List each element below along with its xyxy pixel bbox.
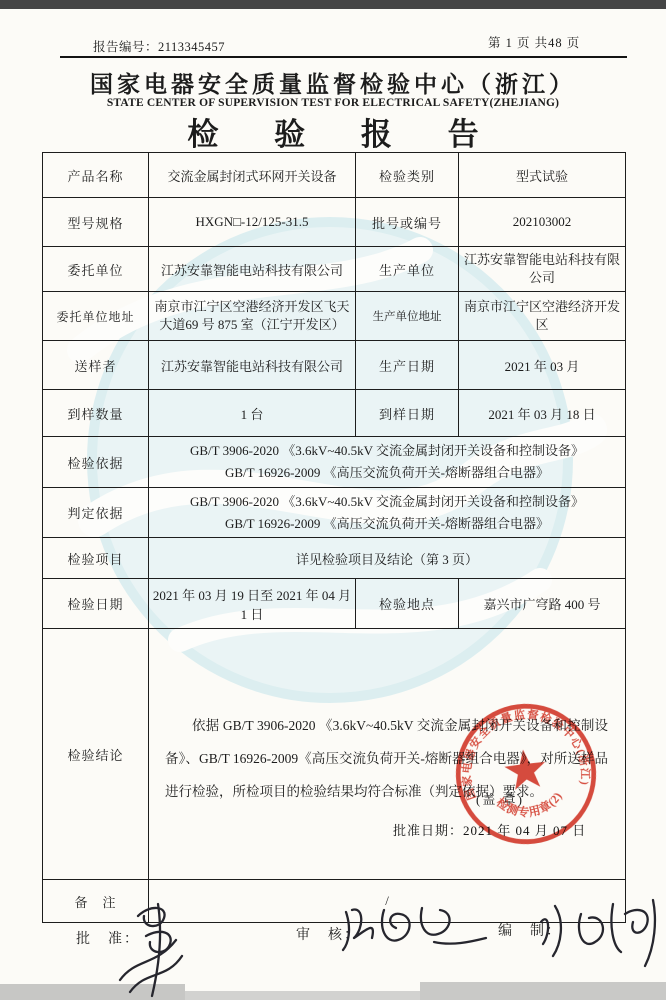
model-value: HXGN□-12/125-31.5 [149, 198, 356, 247]
compiler-signature [533, 892, 665, 972]
center-name-cn: 国家电器安全质量监督检验中心（浙江） [0, 66, 666, 99]
test-location-label: 检验地点 [356, 579, 459, 629]
reviewer-signature [338, 900, 488, 955]
stamp-bottom-text: 检测专用章(2) [493, 788, 567, 824]
test-basis-line2: GB/T 16926-2009 《高压交流负荷开关-熔断器组合电器》 [152, 462, 622, 484]
client-address-label: 委托单位地址 [43, 292, 149, 341]
table-row: 检验结论 依据 GB/T 3906-2020 《3.6kV~40.5kV 交流金… [43, 629, 626, 880]
sample-quantity-label: 到样数量 [43, 390, 149, 437]
report-number-value: 2113345457 [158, 40, 225, 54]
test-basis-value: GB/T 3906-2020 《3.6kV~40.5kV 交流金属封闭开关设备和… [149, 437, 626, 488]
document-title: 检 验 报 告 [0, 109, 666, 154]
test-basis-label: 检验依据 [43, 437, 149, 488]
test-category-label: 检验类别 [356, 153, 459, 198]
scan-edge-bottom-right [420, 982, 666, 1000]
manufacturer-value: 江苏安靠智能电站科技有限公司 [459, 247, 626, 292]
table-row: 到样数量 1 台 到样日期 2021 年 03 月 18 日 [43, 390, 626, 437]
table-row: 型号规格 HXGN□-12/125-31.5 批号或编号 202103002 [43, 198, 626, 247]
manufacturer-address-label: 生产单位地址 [356, 292, 459, 341]
product-name-value: 交流金属封闭式环网开关设备 [149, 153, 356, 198]
conclusion-label: 检验结论 [43, 629, 149, 880]
judgment-basis-value: GB/T 3906-2020 《3.6kV~40.5kV 交流金属封闭开关设备和… [149, 488, 626, 538]
production-date-value: 2021 年 03 月 [459, 341, 626, 390]
table-row: 委托单位地址 南京市江宁区空港经济开发区飞天大道69 号 875 室（江宁开发区… [43, 292, 626, 341]
judgment-basis-line1: GB/T 3906-2020 《3.6kV~40.5kV 交流金属封闭开关设备和… [152, 491, 622, 513]
svg-text:检测专用章(2): 检测专用章(2) [493, 788, 567, 824]
batch-no-value: 202103002 [459, 198, 626, 247]
scan-edge-top [0, 0, 666, 9]
test-location-value: 嘉兴市广穹路 400 号 [459, 579, 626, 629]
judgment-basis-label: 判定依据 [43, 488, 149, 538]
star-icon [503, 747, 549, 791]
manufacturer-label: 生产单位 [356, 247, 459, 292]
table-row: 判定依据 GB/T 3906-2020 《3.6kV~40.5kV 交流金属封闭… [43, 488, 626, 538]
model-label: 型号规格 [43, 198, 149, 247]
test-items-label: 检验项目 [43, 538, 149, 579]
manufacturer-address-value: 南京市江宁区空港经济开发区 [459, 292, 626, 341]
table-row: 产品名称 交流金属封闭式环网开关设备 检验类别 型式试验 [43, 153, 626, 198]
judgment-basis-line2: GB/T 16926-2009 《高压交流负荷开关-熔断器组合电器》 [152, 513, 622, 535]
test-basis-line1: GB/T 3906-2020 《3.6kV~40.5kV 交流金属封闭开关设备和… [152, 440, 622, 462]
sample-sender-label: 送样者 [43, 341, 149, 390]
conclusion-cell: 依据 GB/T 3906-2020 《3.6kV~40.5kV 交流金属封闭开关… [149, 629, 626, 880]
test-date-label: 检验日期 [43, 579, 149, 629]
test-category-value: 型式试验 [459, 153, 626, 198]
header-divider [60, 56, 627, 58]
center-name-en: STATE CENTER OF SUPERVISION TEST FOR ELE… [0, 97, 666, 109]
batch-no-label: 批号或编号 [356, 198, 459, 247]
sample-arrival-date-label: 到样日期 [356, 390, 459, 437]
table-row: 委托单位 江苏安靠智能电站科技有限公司 生产单位 江苏安靠智能电站科技有限公司 [43, 247, 626, 292]
sample-sender-value: 江苏安靠智能电站科技有限公司 [149, 341, 356, 390]
table-row: 送样者 江苏安靠智能电站科技有限公司 生产日期 2021 年 03 月 [43, 341, 626, 390]
report-number: 报告编号：2113345457 [93, 37, 225, 55]
client-label: 委托单位 [43, 247, 149, 292]
product-name-label: 产品名称 [43, 153, 149, 198]
inspection-report-page: 报告编号：2113345457 第 1 页 共48 页 国家电器安全质量监督检验… [0, 0, 666, 1000]
sample-arrival-date-value: 2021 年 03 月 18 日 [459, 390, 626, 437]
page-indicator: 第 1 页 共48 页 [488, 33, 580, 51]
report-number-label: 报告编号： [93, 40, 158, 54]
production-date-label: 生产日期 [356, 341, 459, 390]
official-seal-stamp: 国家电器安全质量监督检验中心(浙江) 检测专用章(2) [440, 688, 612, 860]
table-row: 检验依据 GB/T 3906-2020 《3.6kV~40.5kV 交流金属封闭… [43, 437, 626, 488]
client-address-value: 南京市江宁区空港经济开发区飞天大道69 号 875 室（江宁开发区） [149, 292, 356, 341]
sample-quantity-value: 1 台 [149, 390, 356, 437]
test-items-value: 详见检验项目及结论（第 3 页） [149, 538, 626, 579]
table-row: 检验项目 详见检验项目及结论（第 3 页） [43, 538, 626, 579]
report-table: 产品名称 交流金属封闭式环网开关设备 检验类别 型式试验 型号规格 HXGN□-… [42, 152, 626, 923]
table-row: 检验日期 2021 年 03 月 19 日至 2021 年 04 月 1 日 检… [43, 579, 626, 629]
test-date-value: 2021 年 03 月 19 日至 2021 年 04 月 1 日 [149, 579, 356, 629]
approver-signature [112, 896, 207, 1000]
client-value: 江苏安靠智能电站科技有限公司 [149, 247, 356, 292]
